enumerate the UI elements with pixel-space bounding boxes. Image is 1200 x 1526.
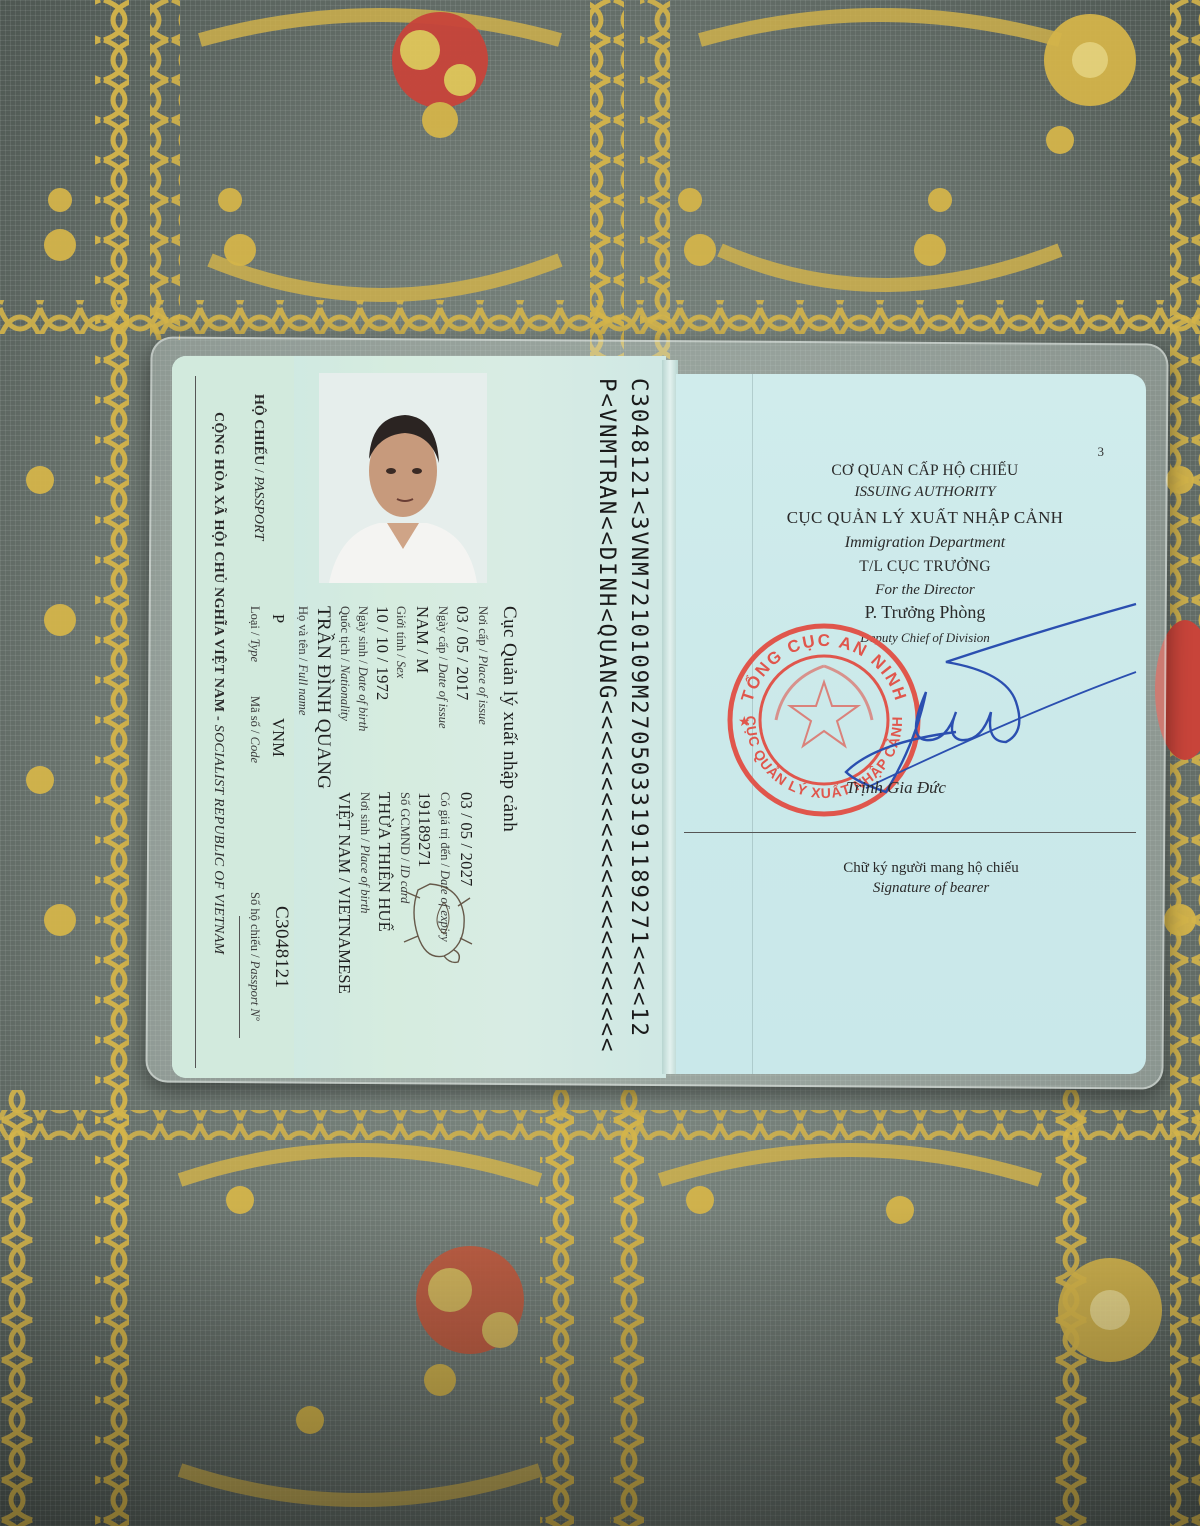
bearer-signature-label-vi: Chữ ký người mang hộ chiếu (676, 860, 1146, 877)
country-header: CỘNG HÒA XÃ HỘI CHỦ NGHĨA VIỆT NAM - SOC… (210, 412, 226, 955)
flower-top-left (392, 12, 488, 138)
code-value: VNM (268, 718, 288, 757)
photo-vignette (0, 1206, 1200, 1526)
for-director-vi: T/L CỤC TRƯỞNG (676, 558, 1146, 576)
expiry-value: 03 / 05 / 2027 (456, 792, 476, 886)
director-signature (776, 592, 1146, 802)
type-label: Loại / Type (247, 606, 262, 662)
document-title: HỘ CHIẾU / PASSPORT (250, 394, 266, 540)
turtle-ghost-image-icon (400, 876, 480, 966)
dob-value: 10 / 10 / 1972 (372, 606, 392, 700)
passport-no-value: C3048121 (270, 906, 292, 988)
department-vi: CỤC QUẢN LÝ XUẤT NHẬP CẢNH (676, 508, 1146, 528)
issuing-authority-en: ISSUING AUTHORITY (676, 484, 1146, 501)
dob-label: Ngày sinh / Date of birth (355, 606, 370, 731)
official-name: Trịnh Gia Đức (846, 778, 946, 798)
id-card-value: 191189271 (414, 792, 434, 867)
flower-top-right (1044, 14, 1136, 154)
page-number: 3 (1098, 444, 1105, 460)
type-value: P (268, 614, 288, 623)
full-name-label: Họ và tên / Full name (295, 606, 310, 715)
bearer-signature-label-en: Signature of bearer (676, 880, 1146, 897)
code-label: Mã số / Code (247, 696, 262, 763)
holder-photo (319, 373, 487, 583)
issue-date-value: 03 / 05 / 2017 (452, 606, 472, 700)
pob-value: THỪA THIÊN HUẾ (374, 792, 394, 932)
mrz-line-1: P<VNMTRAN<<DINH<QUANG<<<<<<<<<<<<<<<<<<<… (594, 378, 620, 1053)
passport-no-label: Số hộ chiếu / Passport Nº (247, 892, 262, 1021)
place-of-issue-value: Cục Quản lý xuất nhập cảnh (498, 606, 520, 832)
country-name-en: SOCIALIST REPUBLIC OF VIETNAM (211, 725, 226, 955)
nationality-value: VIỆT NAM / VIETNAMESE (334, 792, 354, 994)
passport-endorsement-page: 3 CƠ QUAN CẤP HỘ CHIẾU ISSUING AUTHORITY… (676, 374, 1146, 1074)
bearer-signature-area[interactable] (756, 904, 1126, 1054)
data-page-content: CỘNG HÒA XÃ HỘI CHỦ NGHĨA VIỆT NAM - SOC… (172, 356, 666, 1078)
full-name-value: TRẦN ĐÌNH QUANG (312, 606, 334, 789)
doc-title-en: PASSPORT (251, 476, 266, 540)
place-of-issue-label: Nơi cấp / Place of issue (475, 606, 490, 725)
svg-text:★: ★ (738, 715, 751, 730)
sex-label: Giới tính / Sex (393, 606, 408, 678)
header-rule (195, 376, 196, 1068)
mrz-line-2: C3048121<3VNM7210109M2705033191189271<<<… (626, 378, 652, 1038)
issuing-authority-vi: CƠ QUAN CẤP HỘ CHIẾU (676, 462, 1146, 480)
country-name-vi: CỘNG HÒA XÃ HỘI CHỦ NGHĨA VIỆT NAM (211, 412, 226, 712)
signature-divider (684, 832, 1136, 833)
doc-title-vi: HỘ CHIẾU (251, 394, 266, 465)
sex-value: NAM / M (412, 606, 432, 673)
issue-date-label: Ngày cấp / Date of issue (435, 606, 450, 729)
department-en: Immigration Department (676, 534, 1146, 552)
nationality-label: Quốc tịch / Nationality (337, 606, 352, 721)
pob-label: Nơi sinh / Place of birth (357, 792, 372, 914)
header-rule-short (239, 916, 240, 1038)
portrait-image (319, 373, 487, 583)
